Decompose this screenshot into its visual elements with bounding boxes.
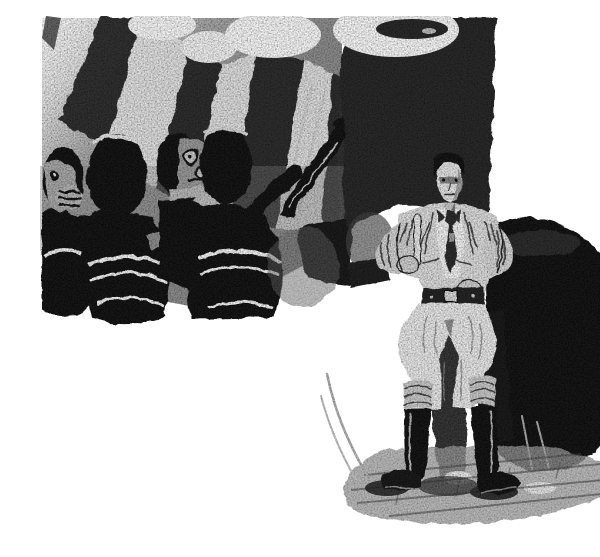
disc-core-glint <box>422 28 436 34</box>
man-tie-glint <box>448 232 453 241</box>
man-belt-stud-1 <box>429 294 432 297</box>
left-boot-highlight <box>409 412 410 472</box>
center-floor-smudge <box>418 476 478 496</box>
pulp-illustration: Two-part grainy ink illustration. Left: … <box>40 16 600 541</box>
right-boot-highlight <box>490 410 491 472</box>
man-belt-buckle <box>444 290 456 301</box>
man-belt-stud-2 <box>470 293 473 296</box>
alien-4-head <box>199 126 251 202</box>
left-scene <box>40 16 351 324</box>
alien-2-head <box>86 132 146 216</box>
man-eye-left <box>441 177 444 180</box>
alien-2-body <box>80 209 168 324</box>
alien-1-eye-dot <box>53 171 56 174</box>
disc-core <box>376 19 448 39</box>
crowd-soft-shadow <box>266 226 338 306</box>
illustration-canvas: Two-part grainy ink illustration. Left: … <box>40 16 600 541</box>
alien-3-eye-dot-1 <box>188 154 192 158</box>
alien-4-paw <box>284 163 302 179</box>
man-eye-right <box>453 177 456 180</box>
